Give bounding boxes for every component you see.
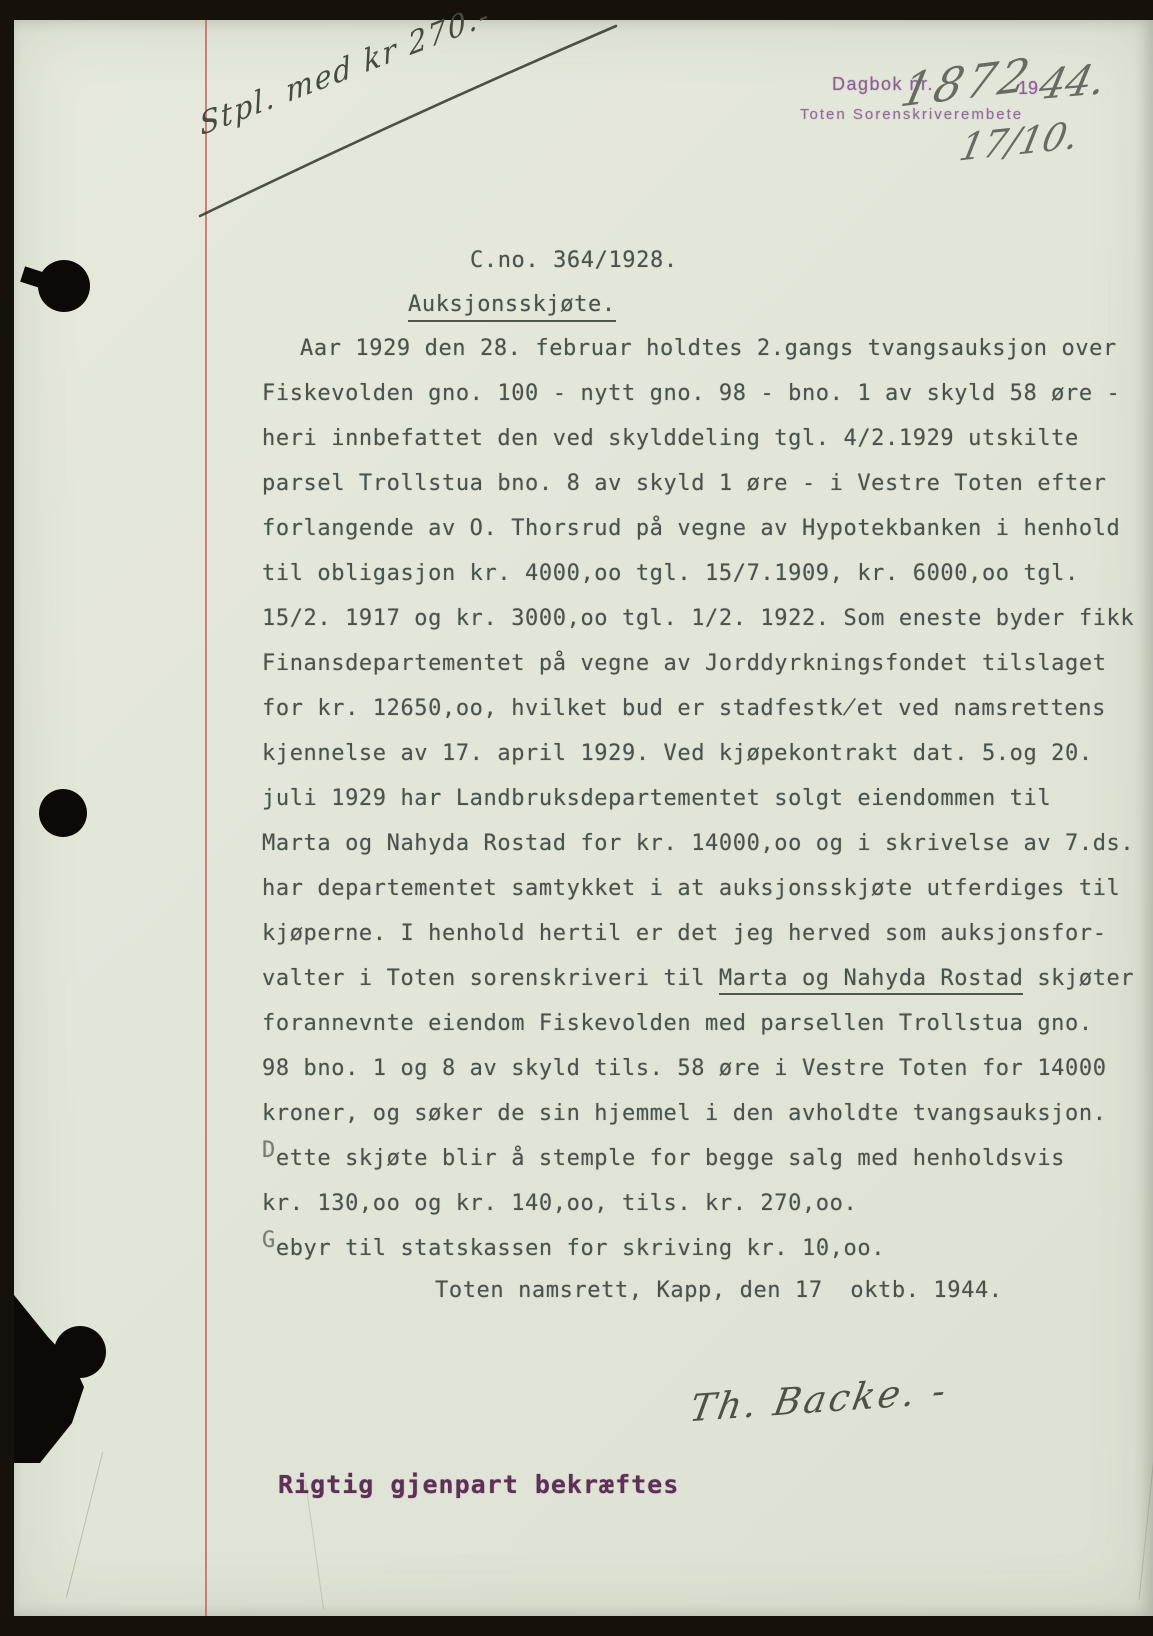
document-title: Auksjonsskjøte.	[408, 292, 616, 322]
paper-crease	[305, 1481, 324, 1610]
signature-handwritten: Th. Backe. -	[686, 1369, 951, 1431]
document-line: heri innbefattet den ved skylddeling tgl…	[262, 424, 1122, 469]
case-number: C.no. 364/1928.	[470, 248, 678, 273]
document-line: Marta og Nahyda Rostad for kr. 14000,oo …	[262, 829, 1122, 874]
punch-hole-middle	[39, 789, 87, 837]
paper-crease	[1139, 1400, 1153, 1599]
document-line: for kr. 12650,oo, hvilket bud er stadfes…	[262, 694, 1122, 739]
date-place-line: Toten namsrett, Kapp, den 17 oktb. 1944.	[435, 1278, 1003, 1303]
document-line: til obligasjon kr. 4000,oo tgl. 15/7.190…	[262, 559, 1122, 604]
document-line: kr. 130,oo og kr. 140,oo, tils. kr. 270,…	[262, 1189, 1122, 1234]
document-line: 15/2. 1917 og kr. 3000,oo tgl. 1/2. 1922…	[262, 604, 1122, 649]
document-line: har departementet samtykket i at auksjon…	[262, 874, 1122, 919]
document-line: Aar 1929 den 28. februar holdtes 2.gangs…	[262, 334, 1122, 379]
journal-stamp-office: Toten Sorenskriverembete	[800, 106, 1023, 123]
year-handwritten: 44.	[1034, 55, 1110, 110]
paper-crease	[66, 1452, 103, 1598]
document-body: Aar 1929 den 28. februar holdtes 2.gangs…	[262, 334, 1122, 1279]
document-line: kjøperne. I henhold hertil er det jeg he…	[262, 919, 1122, 964]
document-line: valter i Toten sorenskriveri til Marta o…	[262, 964, 1122, 1009]
document-line: Fiskevolden gno. 100 - nytt gno. 98 - bn…	[262, 379, 1122, 424]
document-line: forlangende av O. Thorsrud på vegne av H…	[262, 514, 1122, 559]
red-margin-line	[205, 20, 207, 1616]
handwritten-diagonal-line	[192, 20, 632, 230]
year-stamp-prefix: 19	[1018, 78, 1038, 99]
document-line: Dette skjøte blir å stemple for begge sa…	[262, 1144, 1122, 1189]
document-line: kroner, og søker de sin hjemmel i den av…	[262, 1099, 1122, 1144]
document-line: juli 1929 har Landbruksdepartementet sol…	[262, 784, 1122, 829]
document-line: kjennelse av 17. april 1929. Ved kjøpeko…	[262, 739, 1122, 784]
document-line: 98 bno. 1 og 8 av skyld tils. 58 øre i V…	[262, 1054, 1122, 1099]
document-line: Gebyr til statskassen for skriving kr. 1…	[262, 1234, 1122, 1279]
document-page: Stpl. med kr 270.- Dagbok nr. 1872 19 44…	[14, 20, 1153, 1616]
document-line: parsel Trollstua bno. 8 av skyld 1 øre -…	[262, 469, 1122, 514]
document-line: Finansdepartementet på vegne av Jorddyrk…	[262, 649, 1122, 694]
punch-hole-bottom	[54, 1326, 106, 1378]
certification-stamp: Rigtig gjenpart bekræftes	[278, 1470, 679, 1499]
document-line: forannevnte eiendom Fiskevolden med pars…	[262, 1009, 1122, 1054]
